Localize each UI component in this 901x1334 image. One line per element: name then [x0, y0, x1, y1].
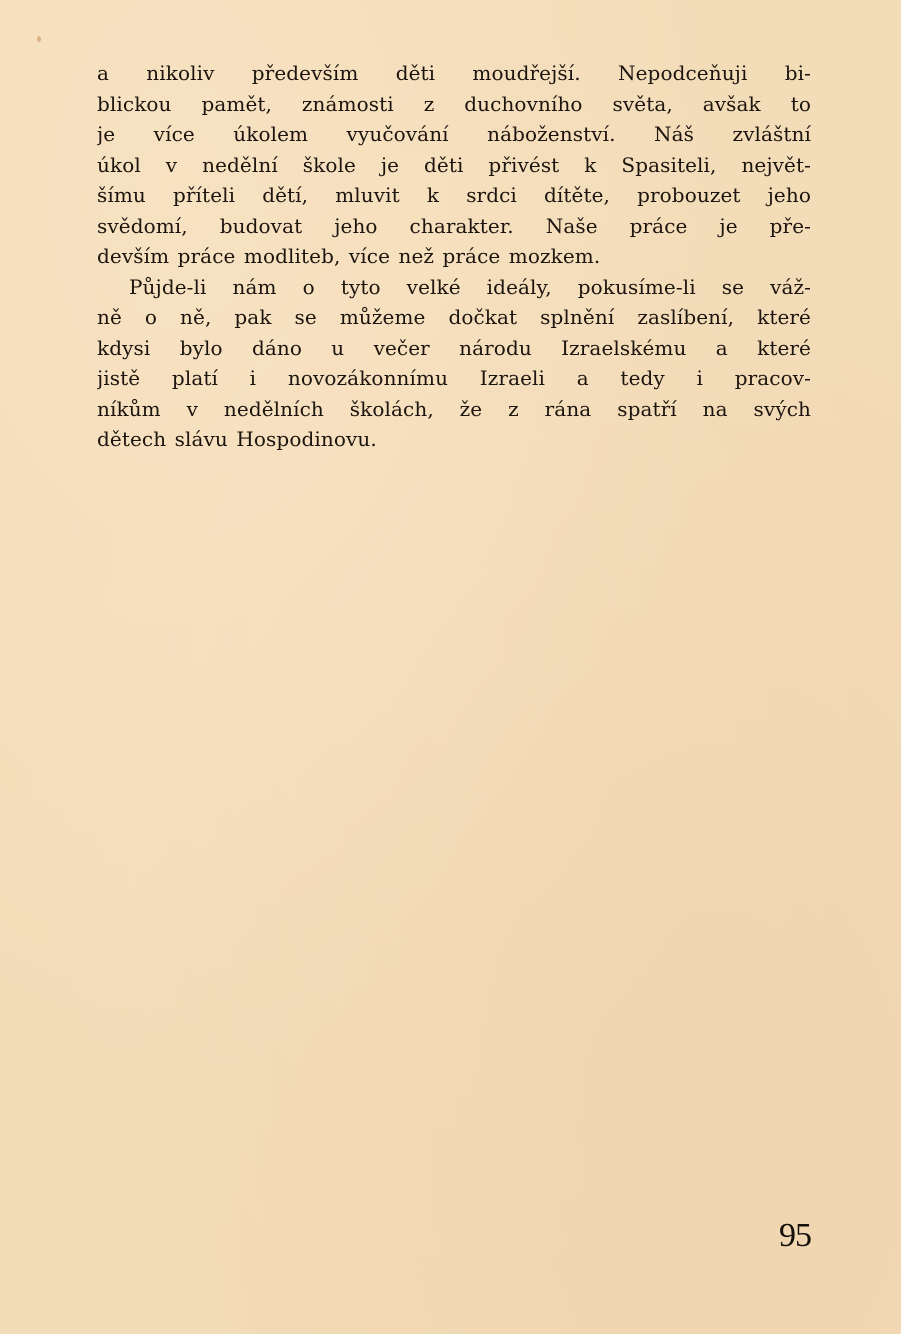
text-line: šímu příteli dětí, mluvit k srdci dítěte… [97, 180, 811, 211]
text-line: je více úkolem vyučování náboženství. Ná… [97, 119, 811, 150]
text-line: kdysi bylo dáno u večer národu Izraelské… [97, 333, 811, 364]
text-line: Půjde-li nám o tyto velké ideály, pokusí… [97, 272, 811, 303]
paragraph-2: Půjde-li nám o tyto velké ideály, pokusí… [97, 272, 811, 455]
paper-speck [37, 36, 41, 42]
body-text: a nikoliv především děti moudřejší. Nepo… [97, 58, 811, 455]
text-line: a nikoliv především děti moudřejší. Nepo… [97, 58, 811, 89]
page-number: 95 [779, 1217, 811, 1255]
text-line: úkol v nedělní škole je děti přivést k S… [97, 150, 811, 181]
text-line: blickou pamět, známosti z duchovního svě… [97, 89, 811, 120]
text-line: jistě platí i novozákonnímu Izraeli a te… [97, 363, 811, 394]
text-line: dětech slávu Hospodinovu. [97, 424, 811, 455]
text-line: svědomí, budovat jeho charakter. Naše pr… [97, 211, 811, 242]
book-page: a nikoliv především děti moudřejší. Nepo… [0, 0, 901, 1334]
text-line: níkům v nedělních školách, že z rána spa… [97, 394, 811, 425]
text-line: devším práce modliteb, více než práce mo… [97, 241, 811, 272]
text-line: ně o ně, pak se můžeme dočkat splnění za… [97, 302, 811, 333]
paragraph-1: a nikoliv především děti moudřejší. Nepo… [97, 58, 811, 272]
